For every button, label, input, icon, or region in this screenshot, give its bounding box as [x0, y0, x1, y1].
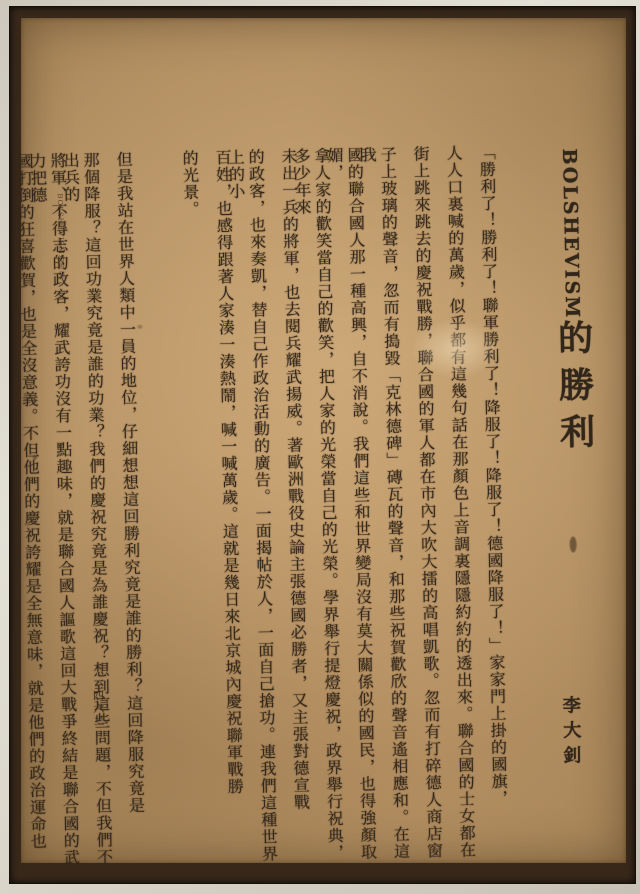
body-column: 子上玻璃的聲音，忽而有搗毀「克林德碑」磚瓦的聲音，和那些祝賀歡欣的聲音遙相應和。… [377, 146, 411, 860]
framed-document-photo: BOLSHEVISM的勝利 李大釗 「勝利了！勝利了！聯軍勝利了！降服了！降服了… [0, 0, 640, 894]
body-column: 的光景。 [179, 150, 213, 864]
body-column: 街上跳來跳去的慶祝戰勝，聯合國的軍人都在市內大吹大擂的高唱凱歌。忽而有打碎德人商… [410, 145, 444, 859]
article-body: 「勝利了！勝利了！聯軍勝利了！降服了！降服了！德國降服了！」家家門上掛的國旗， … [14, 143, 543, 867]
page-content: BOLSHEVISM的勝利 李大釗 「勝利了！勝利了！聯軍勝利了！降服了！降服了… [15, 16, 636, 872]
body-column: 百姓，也感得跟著人家湊一湊熱鬧，喊一喊萬歲。這就是幾日來北京城內慶祝聯軍戰勝 [212, 149, 246, 863]
body-column: 拿人家的歡笑當自己的歡笑，把人家的光榮當自己的光榮。學界舉行提燈慶祝，政界舉行祝… [311, 147, 345, 861]
page-number: 四六二 [89, 690, 106, 729]
body-column: 未出一兵的將軍，也去閱兵耀武揚威。著歐洲戰役史論主張德國必勝者，又主張對德宣戰 [278, 148, 312, 862]
margin-running-title: BOLSHEVISM的勝利 [55, 193, 67, 279]
title-cjk-text: 的勝利 [552, 319, 606, 461]
ink-speck [569, 536, 576, 552]
body-column: 國的聯合國人那一種高興，自不消說。我們這些和世界變局沒有莫大關係似的國民，也得強… [344, 146, 378, 860]
document-paper: BOLSHEVISM的勝利 李大釗 「勝利了！勝利了！聯軍勝利了！降服了！降服了… [21, 18, 626, 863]
article-title: BOLSHEVISM的勝利 [544, 148, 600, 461]
body-column: 那個降服？這回功業究竟是誰的功業？我們的慶祝究竟是為誰慶祝？想到這些問題，不但我… [80, 152, 114, 866]
body-column: 的政客，也來奏凱，替自己作政治活動的廣告。一面揭帖於人，一面自己搶功。連我們這種… [245, 148, 279, 862]
body-column: 但是我站在世界人類中一員的地位，仔細想想這回勝利究竟是誰的勝利？這回降服究竟是 [113, 150, 180, 865]
body-column: 「勝利了！勝利了！聯軍勝利了！降服了！降服了！德國降服了！」家家門上掛的國旗， [476, 143, 543, 858]
body-column: 人人口裏喊的萬歲，似乎都有這幾句話在那顏色上音調裏隱隱約約的透出來。聯合國的士女… [443, 145, 477, 859]
title-latin-text: BOLSHEVISM [558, 148, 583, 319]
author-name: 李大釗 [557, 695, 584, 770]
ink-speck [33, 455, 37, 460]
